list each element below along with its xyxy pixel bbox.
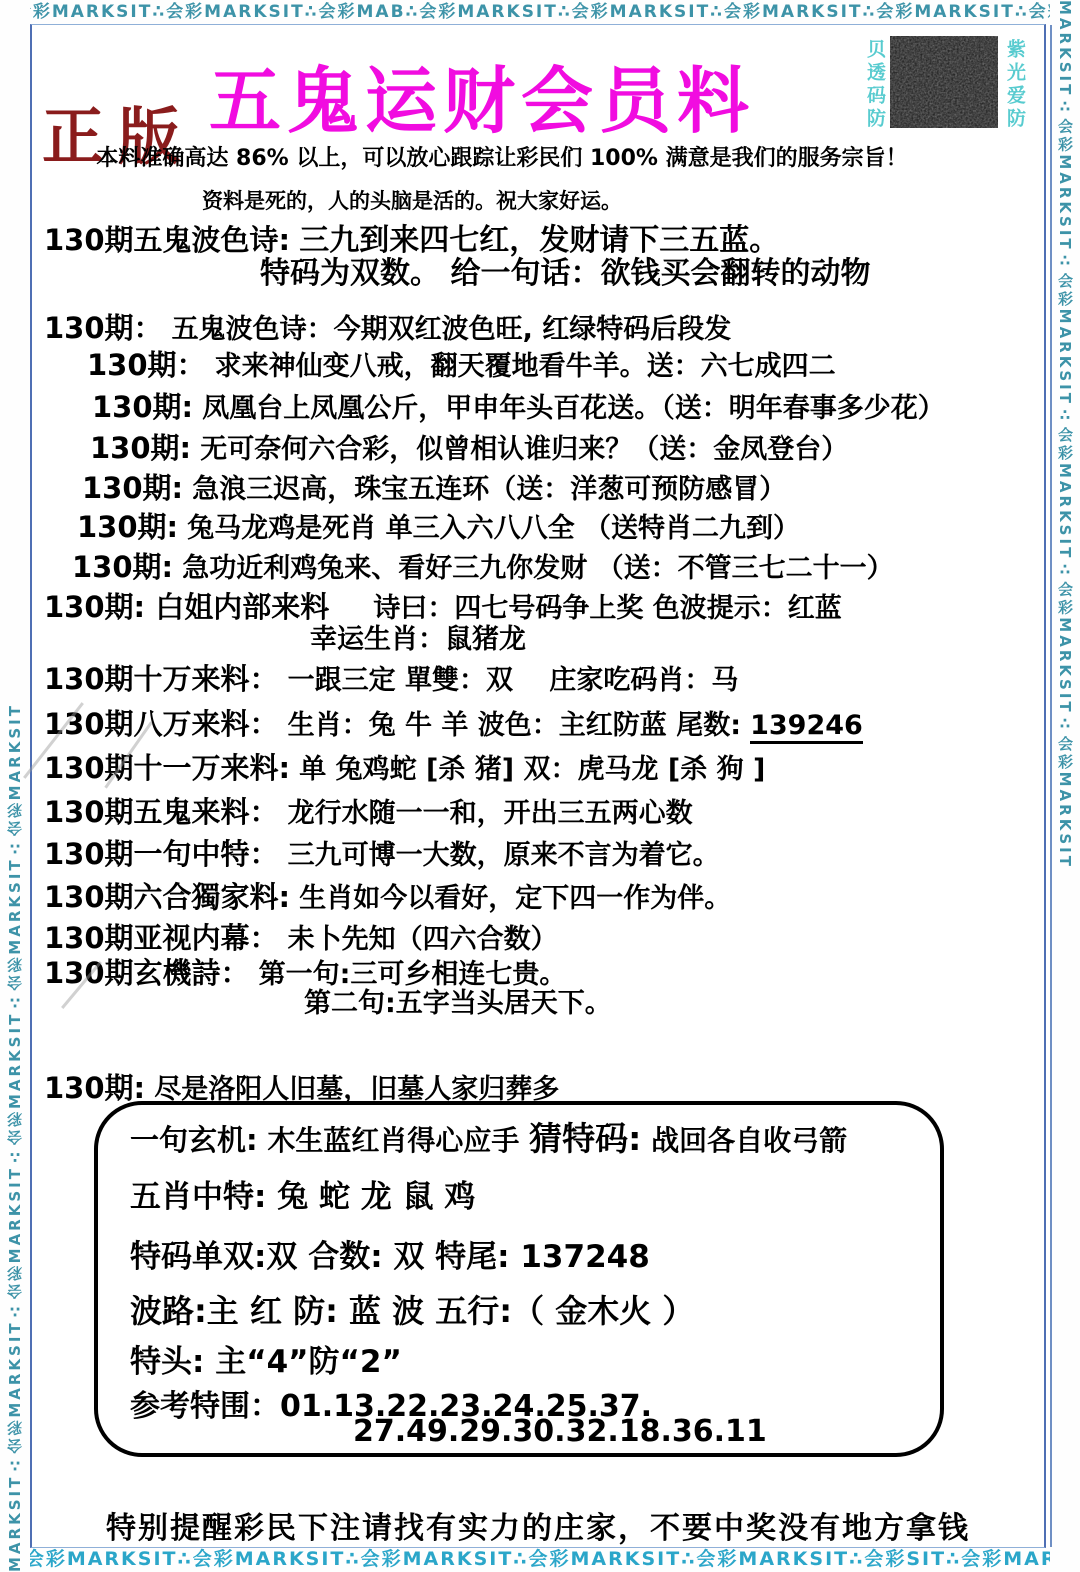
forecast-line: 幸运生肖：鼠猪龙 xyxy=(310,617,526,656)
issue-label: 130期六合獨家料: xyxy=(44,880,290,914)
issue-label: 130期五鬼波色诗: xyxy=(44,223,290,257)
box-line-xuanji: 一句玄机: 木生蓝红肖得心应手 猜特码: 战回各自收弓箭 xyxy=(130,1113,847,1160)
issue-label: 130期: xyxy=(77,510,178,544)
forecast-line: 第二句:五字当头居天下。 xyxy=(304,981,612,1020)
line-text: 兔马龙鸡是死肖 单三入六八八全 （送特肖二九到） xyxy=(187,513,800,544)
line-text: 三九可博一大数，原来不言为着它。 xyxy=(288,840,720,871)
xuanji-label: 一句玄机: xyxy=(130,1123,258,1157)
forecast-line: 130期八万来料： 生肖：兔 牛 羊 波色：主红防蓝 尾数: 139246 xyxy=(44,702,863,743)
forecast-line: 130期十一万来料: 单 兔鸡蛇 [杀 猪] 双：虎马龙 [杀 狗 ] xyxy=(44,746,765,787)
security-text-left: 贝透码防 xyxy=(864,39,886,131)
accuracy-claim: 本料准确高达 86% 以上，可以放心跟踪让彩民们 100% 满意是我们的服务宗旨… xyxy=(32,141,972,172)
line-text: 龙行水随一一和，开出三五两心数 xyxy=(288,798,693,829)
line-text: 五鬼波色诗：今期双红波色旺, 红绿特码后段发 xyxy=(172,314,732,345)
border-top-marksit: ∴会彩MARKSIT∴会彩MARKSIT∴会彩MAB∴会彩MARKSIT∴会彩M… xyxy=(0,0,1080,24)
line-text: 幸运生肖：鼠猪龙 xyxy=(310,624,526,655)
forecast-line: 130期： 五鬼波色诗：今期双红波色旺, 红绿特码后段发 xyxy=(44,306,731,347)
line-text: 单 兔鸡蛇 [杀 猪] 双：虎马龙 [杀 狗 ] xyxy=(299,754,765,785)
issue-label: 130期玄機詩： xyxy=(44,956,250,990)
issue-label: 130期: xyxy=(90,431,191,465)
line-text: 特码为双数。 给一句话：欲钱买会翻转的动物 xyxy=(260,256,870,291)
forecast-line: 130期: 兔马龙鸡是死肖 单三入六八八全 （送特肖二九到） xyxy=(77,505,800,546)
border-right-marksit: MARKSIT∴会彩MARKSIT∴会彩MARKSIT∴会彩MARKSIT∴会彩… xyxy=(1050,0,1080,1572)
forecast-line: 130期一句中特： 三九可博一大数，原来不言为着它。 xyxy=(44,832,720,873)
line-text: 生肖如今以看好，定下四一作为伴。 xyxy=(299,883,731,914)
security-text-right: 紫光爱防 xyxy=(1004,39,1026,131)
line-text: 一跟三定 單雙：双 庄家吃码肖：马 xyxy=(288,665,739,696)
issue-label: 130期: xyxy=(82,471,183,505)
forecast-line: 130期: 急功近利鸡兔来、看好三九你发财 （送：不管三七二十一） xyxy=(72,545,894,586)
border-bottom-marksit: ∴:会彩MARKSIT∴会彩MARKSIT∴会彩MARKSIT∴会彩MARKSI… xyxy=(0,1546,1080,1572)
issue-label: 130期五鬼来料： xyxy=(44,795,279,829)
guess-special-label: 猜特码: xyxy=(529,1119,641,1158)
line-text: 急浪三迟高，珠宝五连环（送：洋葱可预防感冒） xyxy=(192,474,786,505)
line-text: 无可奈何六合彩，似曾相认谁归来？（送：金凤登台） xyxy=(200,434,848,465)
issue-label: 130期八万来料： xyxy=(44,707,279,741)
box-line-special-head: 特头: 主“4”防“2” xyxy=(130,1336,402,1381)
issue-label: 130期十万来料： xyxy=(44,662,279,696)
border-left-marksit: MARKSIT∴会彩MARKSIT∴会彩MARKSIT∴会彩MARKSIT∴会彩… xyxy=(0,0,30,1572)
issue-label: 130期亚视内幕： xyxy=(44,921,279,955)
issue-label: 130期: 白姐内部来料 xyxy=(44,590,329,624)
motto-line: 资料是死的，人的头脑是活的。祝大家好运。 xyxy=(32,185,792,215)
member-sheet-page: ∴会彩MARKSIT∴会彩MARKSIT∴会彩MAB∴会彩MARKSIT∴会彩M… xyxy=(0,0,1080,1572)
line-text: 第二句:五字当头居天下。 xyxy=(304,988,612,1019)
issue-label: 130期十一万来料: xyxy=(44,751,290,785)
content-area: 五鬼运财会员料 正版 贝透码防 紫光爱防 本料准确高达 86% 以上，可以放心跟… xyxy=(30,24,1046,1548)
box-line-odd-even: 特码单双:双 合数: 双 特尾: 137248 xyxy=(130,1231,650,1276)
issue-label: 130期： xyxy=(87,348,206,382)
issue-label: 130期: xyxy=(72,550,173,584)
line-text: 急功近利鸡兔来、看好三九你发财 （送：不管三七二十一） xyxy=(182,553,893,584)
box-line-wave-path: 波路:主 红 防: 蓝 波 五行:（ 金木火 ） xyxy=(130,1286,694,1332)
forecast-line: 130期: 急浪三迟高，珠宝五连环（送：洋葱可预防感冒） xyxy=(82,466,786,507)
forecast-line: 130期： 求来神仙变八戒，翻天覆地看牛羊。送：六七成四二 xyxy=(87,343,836,384)
issue-label: 130期: xyxy=(44,1071,145,1105)
tail-numbers: 139246 xyxy=(750,710,863,744)
issue-label: 130期: xyxy=(92,390,193,424)
box-line-ref-numbers-2: 27.49.29.30.32.18.36.11 xyxy=(353,1414,767,1449)
prediction-box: 一句玄机: 木生蓝红肖得心应手 猜特码: 战回各自收弓箭 五肖中特: 兔 蛇 龙… xyxy=(94,1101,944,1457)
forecast-line: 130期: 凤凰台上凤凰公斤，甲申年头百花送。（送：明年春事多少花） xyxy=(92,385,945,426)
footer-warning: 特别提醒彩民下注请找有实力的庄家，不要中奖没有地方拿钱 xyxy=(32,1503,1044,1547)
inner-frame-line xyxy=(1050,25,1052,1547)
issue-label: 130期： xyxy=(44,311,163,345)
xuanji-text: 木生蓝红肖得心应手 xyxy=(267,1124,519,1157)
box-line-five-zodiac: 五肖中特: 兔 蛇 龙 鼠 鸡 xyxy=(130,1171,475,1216)
line-text: 凤凰台上凤凰公斤，甲申年头百花送。（送：明年春事多少花） xyxy=(202,393,945,424)
line-text: 生肖：兔 牛 羊 波色：主红防蓝 尾数: xyxy=(288,710,741,741)
issue-label: 130期一句中特： xyxy=(44,837,279,871)
line-text: 求来神仙变八戒，翻天覆地看牛羊。送：六七成四二 xyxy=(215,351,836,382)
forecast-line: 130期十万来料： 一跟三定 單雙：双 庄家吃码肖：马 xyxy=(44,657,738,698)
security-scratch-area xyxy=(890,36,998,128)
forecast-line: 130期六合獨家料: 生肖如今以看好，定下四一作为伴。 xyxy=(44,875,731,916)
forecast-line: 130期五鬼来料： 龙行水随一一和，开出三五两心数 xyxy=(44,790,693,831)
forecast-line: 130期: 无可奈何六合彩，似曾相认谁归来？（送：金凤登台） xyxy=(90,426,848,467)
forecast-line: 特码为双数。 给一句话：欲钱买会翻转的动物 xyxy=(260,248,870,292)
guess-special-text: 战回各自收弓箭 xyxy=(651,1124,847,1157)
